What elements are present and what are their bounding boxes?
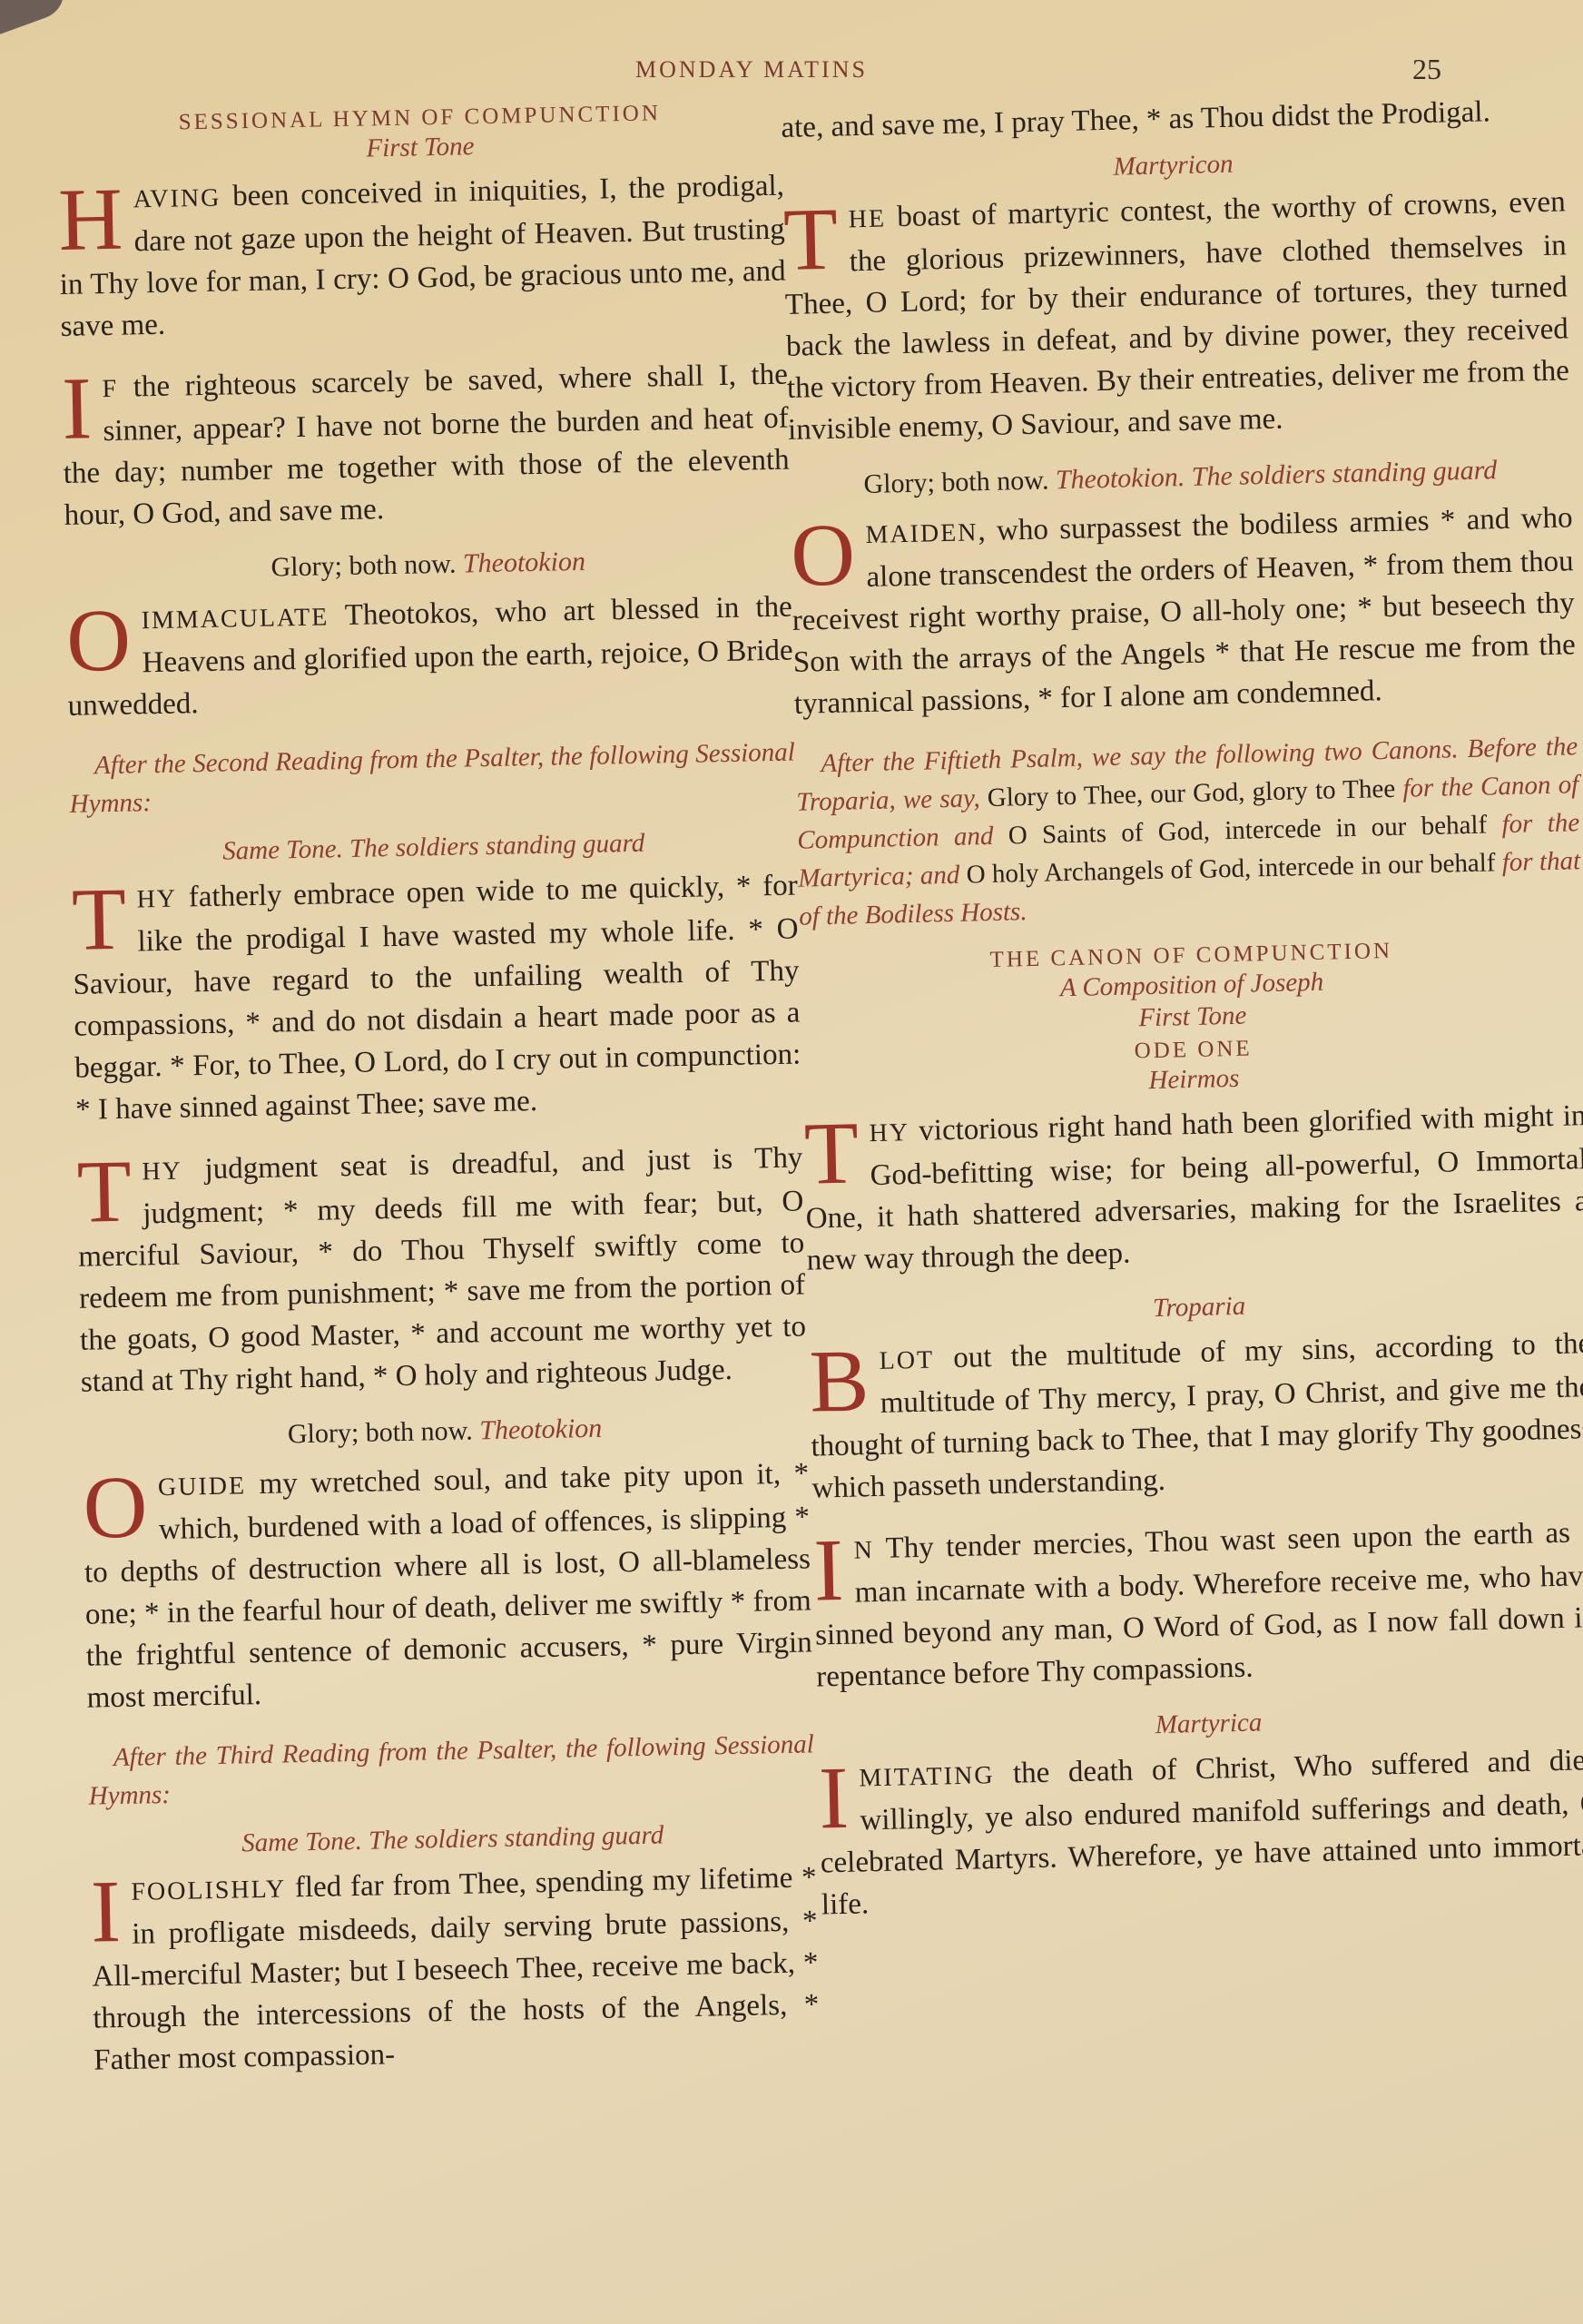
dropcap: H	[58, 183, 123, 261]
glory-rubric: Glory; both now. Theotokion	[65, 543, 792, 587]
troparion-blot-out: BLOT out the multitude of my sins, accor…	[809, 1323, 1583, 1510]
rubric-third-reading: After the Third Reading from the Psalter…	[88, 1725, 815, 1815]
theotokion-o-maiden: OMAIDEN, who surpassest the bodiless arm…	[790, 497, 1577, 724]
rubric-canons: After the Fiftieth Psalm, we say the fol…	[795, 727, 1582, 936]
page-number: 25	[1412, 53, 1441, 86]
troparia-label: Troparia	[808, 1284, 1583, 1332]
dropcap: O	[66, 605, 132, 682]
hymn-i-foolishly: IFOOLISHLY fled far from Thee, spending …	[90, 1856, 820, 2081]
heirmos-thy-victorious: THY victorious right hand hath been glor…	[803, 1095, 1583, 1282]
tone-rubric: Same Tone. The soldiers standing guard	[89, 1817, 815, 1861]
martyricon-label: Martyricon	[782, 142, 1565, 190]
dropcap: I	[818, 1762, 850, 1839]
theotokion-o-immaculate: OIMMACULATE Theotokos, who art blessed i…	[65, 586, 794, 727]
theotokion-o-guide: OGUIDE my wretched soul, and take pity u…	[83, 1452, 813, 1718]
dropcap: I	[813, 1534, 845, 1611]
tone-rubric: Same Tone. The soldiers standing guard	[70, 825, 796, 869]
dropcap: I	[90, 1876, 121, 1953]
dropcap: T	[71, 883, 126, 960]
dropcap: B	[809, 1344, 870, 1422]
hymn-having-been-conceived: HAVING been conceived in iniquities, I, …	[58, 165, 787, 348]
martyrica-imitating: IMITATING the death of Christ, Who suffe…	[818, 1739, 1583, 1926]
glory-rubric: Glory; both now. Theotokion. The soldier…	[789, 453, 1572, 502]
dropcap: T	[803, 1117, 860, 1194]
glory-rubric: Glory; both now. Theotokion	[82, 1409, 809, 1453]
hymn-continuation: ate, and save me, I pray Thee, * as Thou…	[781, 89, 1564, 149]
dropcap: O	[83, 1471, 148, 1548]
hymn-if-the-righteous: IF the righteous scarcely be saved, wher…	[62, 354, 791, 537]
troparion-in-thy-tender: IN Thy tender mercies, Thou wast seen up…	[813, 1512, 1583, 1699]
dropcap: T	[76, 1156, 132, 1233]
dropcap: T	[782, 203, 839, 281]
running-head: MONDAY MATINS 25	[0, 53, 1583, 89]
left-column: SESSIONAL HYMN OF COMPUNCTION First Tone…	[56, 94, 821, 2102]
hymn-thy-judgment-seat: THY judgment seat is dreadful, and just …	[76, 1137, 807, 1403]
martyricon-the-boast: THE boast of martyric contest, the worth…	[782, 181, 1570, 450]
martyrica-label: Martyrica	[817, 1700, 1583, 1748]
dropcap: O	[790, 518, 856, 596]
hymn-thy-fatherly-embrace: THY fatherly embrace open wide to me qui…	[71, 864, 801, 1130]
running-title: MONDAY MATINS	[635, 56, 868, 84]
right-column: ate, and save me, I pray Thee, * as Thou…	[781, 89, 1583, 1945]
dropcap: I	[62, 372, 93, 449]
rubric-second-reading: After the Second Reading from the Psalte…	[69, 734, 796, 823]
page-corner-shadow	[0, 0, 72, 43]
